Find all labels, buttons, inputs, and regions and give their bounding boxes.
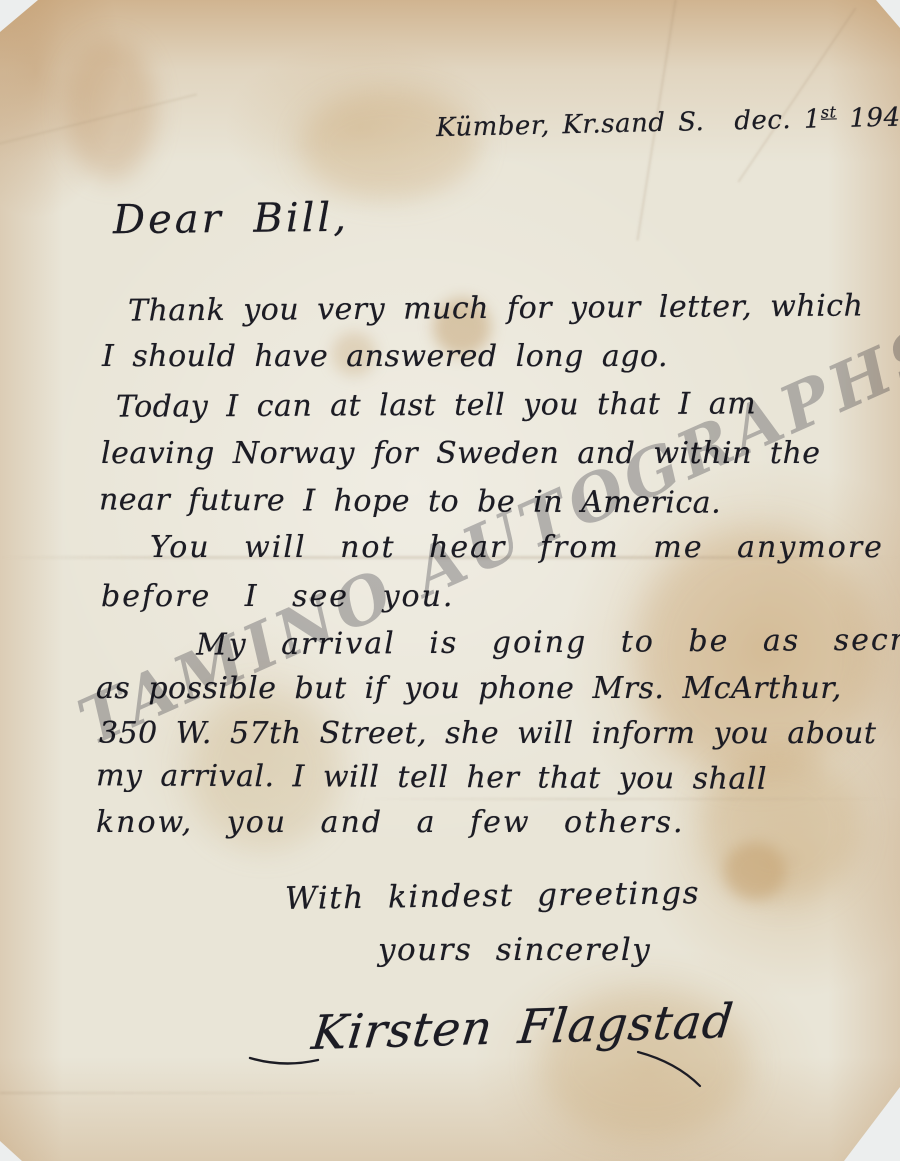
fold-crease — [737, 7, 856, 182]
fold-crease — [360, 798, 900, 800]
dateline-gap — [704, 129, 734, 130]
letter-line-2: Today I can at last tell you that I am — [116, 386, 756, 424]
letter-line-3: leaving Norway for Sweden and within the — [101, 436, 821, 471]
letter-line-1: I should have answered long ago. — [102, 339, 668, 374]
signature-flourish — [248, 1030, 708, 1090]
dateline-ordinal: st — [821, 102, 837, 121]
letter-line-5: You will not hear from me anymore — [150, 530, 884, 565]
letter-line-0: Thank you very much for your letter, whi… — [128, 288, 864, 328]
letter-line-10: my arrival. I will tell her that you sha… — [96, 758, 767, 797]
letter-paper: Kümber, Kr.sand S.dec. 1st 1946 Dear Bil… — [0, 0, 900, 1161]
dateline-place: Kümber, Kr.sand S. — [436, 107, 705, 143]
letter-line-4: near future I hope to be in America. — [99, 482, 721, 520]
closing-line-2: yours sincerely — [378, 932, 651, 968]
fold-crease — [0, 1092, 378, 1094]
scan-background: Kümber, Kr.sand S.dec. 1st 1946 Dear Bil… — [0, 0, 900, 1161]
closing-line-1: With kindest greetings — [285, 875, 700, 917]
letter-line-6: before I see you. — [101, 579, 454, 614]
dateline: Kümber, Kr.sand S.dec. 1st 1946 — [436, 101, 900, 144]
letter-line-8: as possible but if you phone Mrs. McArth… — [96, 671, 842, 706]
letter-line-11: know, you and a few others. — [96, 805, 685, 840]
stain-spot — [66, 40, 156, 180]
letter-line-7: My arrival is going to be as secret — [196, 622, 900, 662]
stain-blotch — [300, 90, 480, 200]
stain-spot — [724, 842, 786, 900]
salutation: Dear Bill, — [113, 195, 349, 243]
dateline-date: dec. 1 — [734, 104, 821, 136]
dateline-year: 1946 — [849, 102, 900, 134]
letter-line-9: 350 W. 57th Street, she will inform you … — [99, 716, 876, 751]
